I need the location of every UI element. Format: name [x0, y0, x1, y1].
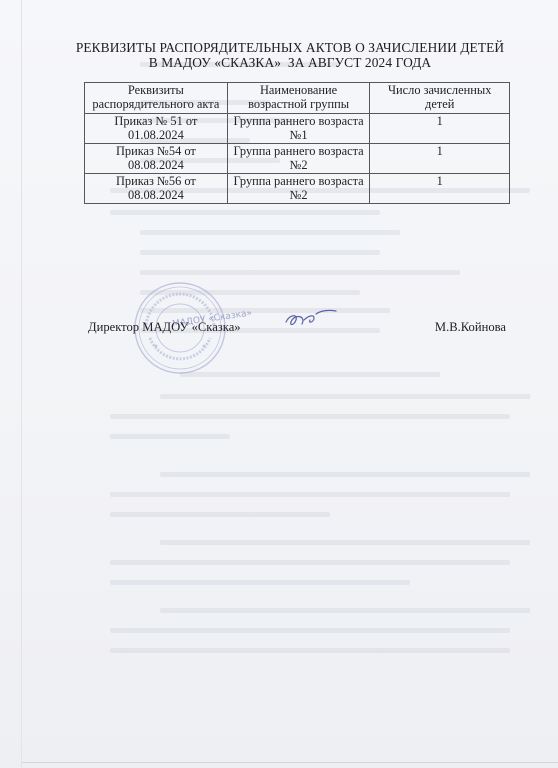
cell-text: 08.08.2024 [88, 189, 224, 203]
cell-group: Группа раннего возраста №2 [227, 174, 370, 204]
bleed-line [110, 648, 510, 653]
cell-text: 08.08.2024 [88, 159, 224, 173]
cell-text: №1 [231, 129, 367, 143]
table-row: Приказ № 51 от 01.08.2024 Группа раннего… [85, 114, 510, 144]
header-text: Наименование [231, 84, 367, 98]
header-text: распорядительного акта [88, 98, 224, 112]
page-edge [21, 0, 22, 768]
cell-text: 01.08.2024 [88, 129, 224, 143]
bleed-line [140, 230, 400, 235]
bleed-line [110, 580, 410, 585]
scanned-page: РЕКВИЗИТЫ РАСПОРЯДИТЕЛЬНЫХ АКТОВ О ЗАЧИС… [0, 0, 558, 768]
header-text: Число зачисленных [373, 84, 506, 98]
cell-act: Приказ №56 от 08.08.2024 [85, 174, 228, 204]
cell-text: №2 [231, 189, 367, 203]
cell-text: Группа раннего возраста [231, 115, 367, 129]
bleed-line [110, 628, 510, 633]
page-edge [22, 762, 558, 763]
bleed-line [110, 414, 510, 419]
cell-act: Приказ № 51 от 01.08.2024 [85, 114, 228, 144]
title-line-2: В МАДОУ «СКАЗКА» ЗА АВГУСТ 2024 ГОДА [60, 55, 520, 70]
bleed-line [110, 434, 230, 439]
bleed-line [160, 394, 530, 399]
signatory-name: М.В.Койнова [435, 320, 506, 335]
signatory-role: Директор МАДОУ «Сказка» [88, 320, 241, 335]
bleed-line [160, 608, 530, 613]
bleed-line [110, 210, 380, 215]
cell-act: Приказ №54 от 08.08.2024 [85, 144, 228, 174]
cell-text: Приказ №54 от [88, 145, 224, 159]
cell-text: Приказ №56 от [88, 175, 224, 189]
header-enrolled-count: Число зачисленных детей [370, 83, 510, 114]
header-group-name: Наименование возрастной группы [227, 83, 370, 114]
cell-group: Группа раннего возраста №2 [227, 144, 370, 174]
cell-text: Приказ № 51 от [88, 115, 224, 129]
cell-count: 1 [370, 174, 510, 204]
handwritten-signature-icon [280, 304, 340, 332]
cell-count: 1 [370, 114, 510, 144]
cell-group: Группа раннего возраста №1 [227, 114, 370, 144]
signature-block: Директор МАДОУ «Сказка» М.В.Койнова [88, 320, 506, 340]
table-header-row: Реквизиты распорядительного акта Наимено… [85, 83, 510, 114]
table-row: Приказ №56 от 08.08.2024 Группа раннего … [85, 174, 510, 204]
enrollment-acts-table: Реквизиты распорядительного акта Наимено… [84, 82, 510, 204]
header-text: детей [373, 98, 506, 112]
bleed-line [160, 540, 530, 545]
bleed-line [140, 250, 380, 255]
bleed-line [140, 270, 460, 275]
header-text: Реквизиты [88, 84, 224, 98]
document-title: РЕКВИЗИТЫ РАСПОРЯДИТЕЛЬНЫХ АКТОВ О ЗАЧИС… [60, 40, 520, 70]
bleed-line [160, 472, 530, 477]
header-act-details: Реквизиты распорядительного акта [85, 83, 228, 114]
header-text: возрастной группы [231, 98, 367, 112]
cell-text: Группа раннего возраста [231, 145, 367, 159]
title-line-1: РЕКВИЗИТЫ РАСПОРЯДИТЕЛЬНЫХ АКТОВ О ЗАЧИС… [60, 40, 520, 55]
bleed-line [110, 560, 510, 565]
table-row: Приказ №54 от 08.08.2024 Группа раннего … [85, 144, 510, 174]
bleed-line [110, 512, 330, 517]
cell-count: 1 [370, 144, 510, 174]
cell-text: Группа раннего возраста [231, 175, 367, 189]
cell-text: №2 [231, 159, 367, 173]
bleed-line [110, 492, 510, 497]
